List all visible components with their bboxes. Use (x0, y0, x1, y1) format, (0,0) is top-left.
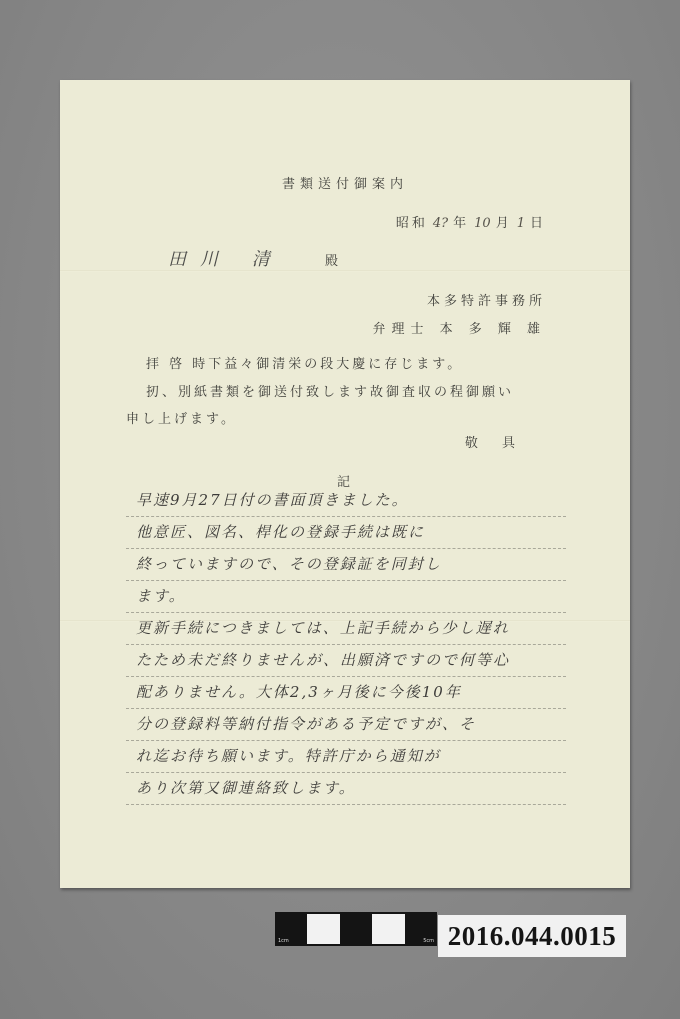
closing: 敬 具 (465, 432, 525, 451)
body-text-line: 申し上げます。 (126, 408, 237, 427)
addressee-honorific: 殿 (325, 250, 341, 269)
letter-paper: 書類送付御案内 昭和4?年10月1日 田川 清 殿 本多特許事務所 弁理士 本 … (60, 80, 630, 888)
fold-line (60, 270, 630, 272)
handwritten-line: 早速9月27日付の書面頂きました。 (126, 485, 566, 517)
handwritten-line: 更新手続につきましては、上記手続から少し遅れ (126, 613, 566, 645)
handwritten-line: ます。 (126, 581, 566, 613)
scale-label-right: 5cm (423, 938, 434, 944)
scale-bar: 1cm 5cm (275, 912, 437, 946)
scale-label-left: 1cm (278, 938, 289, 944)
handwritten-note: 早速9月27日付の書面頂きました。 他意匠、図名、桿化の登録手続は既に 終ってい… (126, 485, 566, 805)
letter-title: 書類送付御案内 (60, 173, 630, 192)
handwritten-line: 分の登録料等納付指令がある予定ですが、そ (126, 709, 566, 741)
handwritten-line: あり次第又御連絡致します。 (126, 773, 566, 805)
greeting: 拝 啓 時下益々御清栄の段大慶に存じます。 (146, 353, 463, 372)
letter-date: 昭和4?年10月1日 (396, 212, 546, 231)
handwritten-line: れ迄お待ち願います。特許庁から通知が (126, 741, 566, 773)
addressee-name: 田川 清 (168, 245, 284, 271)
handwritten-line: 配ありません。大体2,3ヶ月後に今後10年 (126, 677, 566, 709)
sender-office: 本多特許事務所 (427, 290, 546, 309)
sender-attorney: 弁理士 本 多 輝 雄 (372, 318, 546, 337)
handwritten-line: 終っていますので、その登録証を同封し (126, 549, 566, 581)
accession-number-label: 2016.044.0015 (438, 915, 626, 957)
handwritten-line: 他意匠、図名、桿化の登録手続は既に (126, 517, 566, 549)
handwritten-line: たため未だ終りませんが、出願済ですので何等心 (126, 645, 566, 677)
body-text-line: 扨、別紙書類を御送付致します故御査収の程御願い (146, 381, 514, 400)
